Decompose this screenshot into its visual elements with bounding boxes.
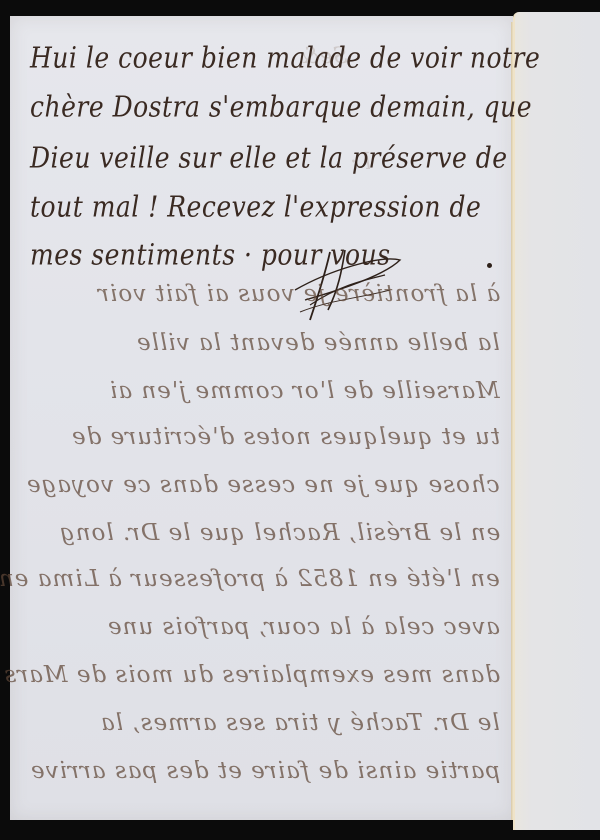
handwritten-line: tout mal ! Recevez l'expression de <box>30 190 481 223</box>
bleed-through-line: avec cela à la cour, parfois une <box>107 614 500 640</box>
letter-page <box>10 16 513 820</box>
bleed-through-line: dans mes exemplaires du mois de Mars que <box>0 662 500 688</box>
bleed-through-line: le Dr. Taché y tira ses armes, la <box>100 710 500 736</box>
bleed-through-line: à la frontière je vous ai fait voir <box>97 281 500 307</box>
handwritten-line: Dieu veille sur elle et la préserve de <box>30 141 508 174</box>
bleed-through-line: en l'été en 1852 à professeur à Lima en <box>0 566 500 592</box>
bleed-through-line: tu et quelques notes d'écriture de <box>71 424 500 450</box>
bleed-through-line: partie ainsi de faire et des pas arrive <box>30 758 500 784</box>
bleed-through-line: chose que je ne cesse dans ce voyage <box>26 472 500 498</box>
folded-sheet <box>513 12 600 830</box>
handwritten-line: Hui le coeur bien malade de voir notre <box>30 41 540 74</box>
bleed-through-line: la belle année devant la ville <box>136 330 500 356</box>
bleed-through-line: en le Brésil, Rachel que le Dr. long <box>59 520 500 546</box>
bleed-through-line: Marseille de l'or comme j'en ai <box>109 378 500 404</box>
handwritten-line: chère Dostra s'embarque demain, que <box>30 90 532 123</box>
ink-dot <box>487 263 492 268</box>
